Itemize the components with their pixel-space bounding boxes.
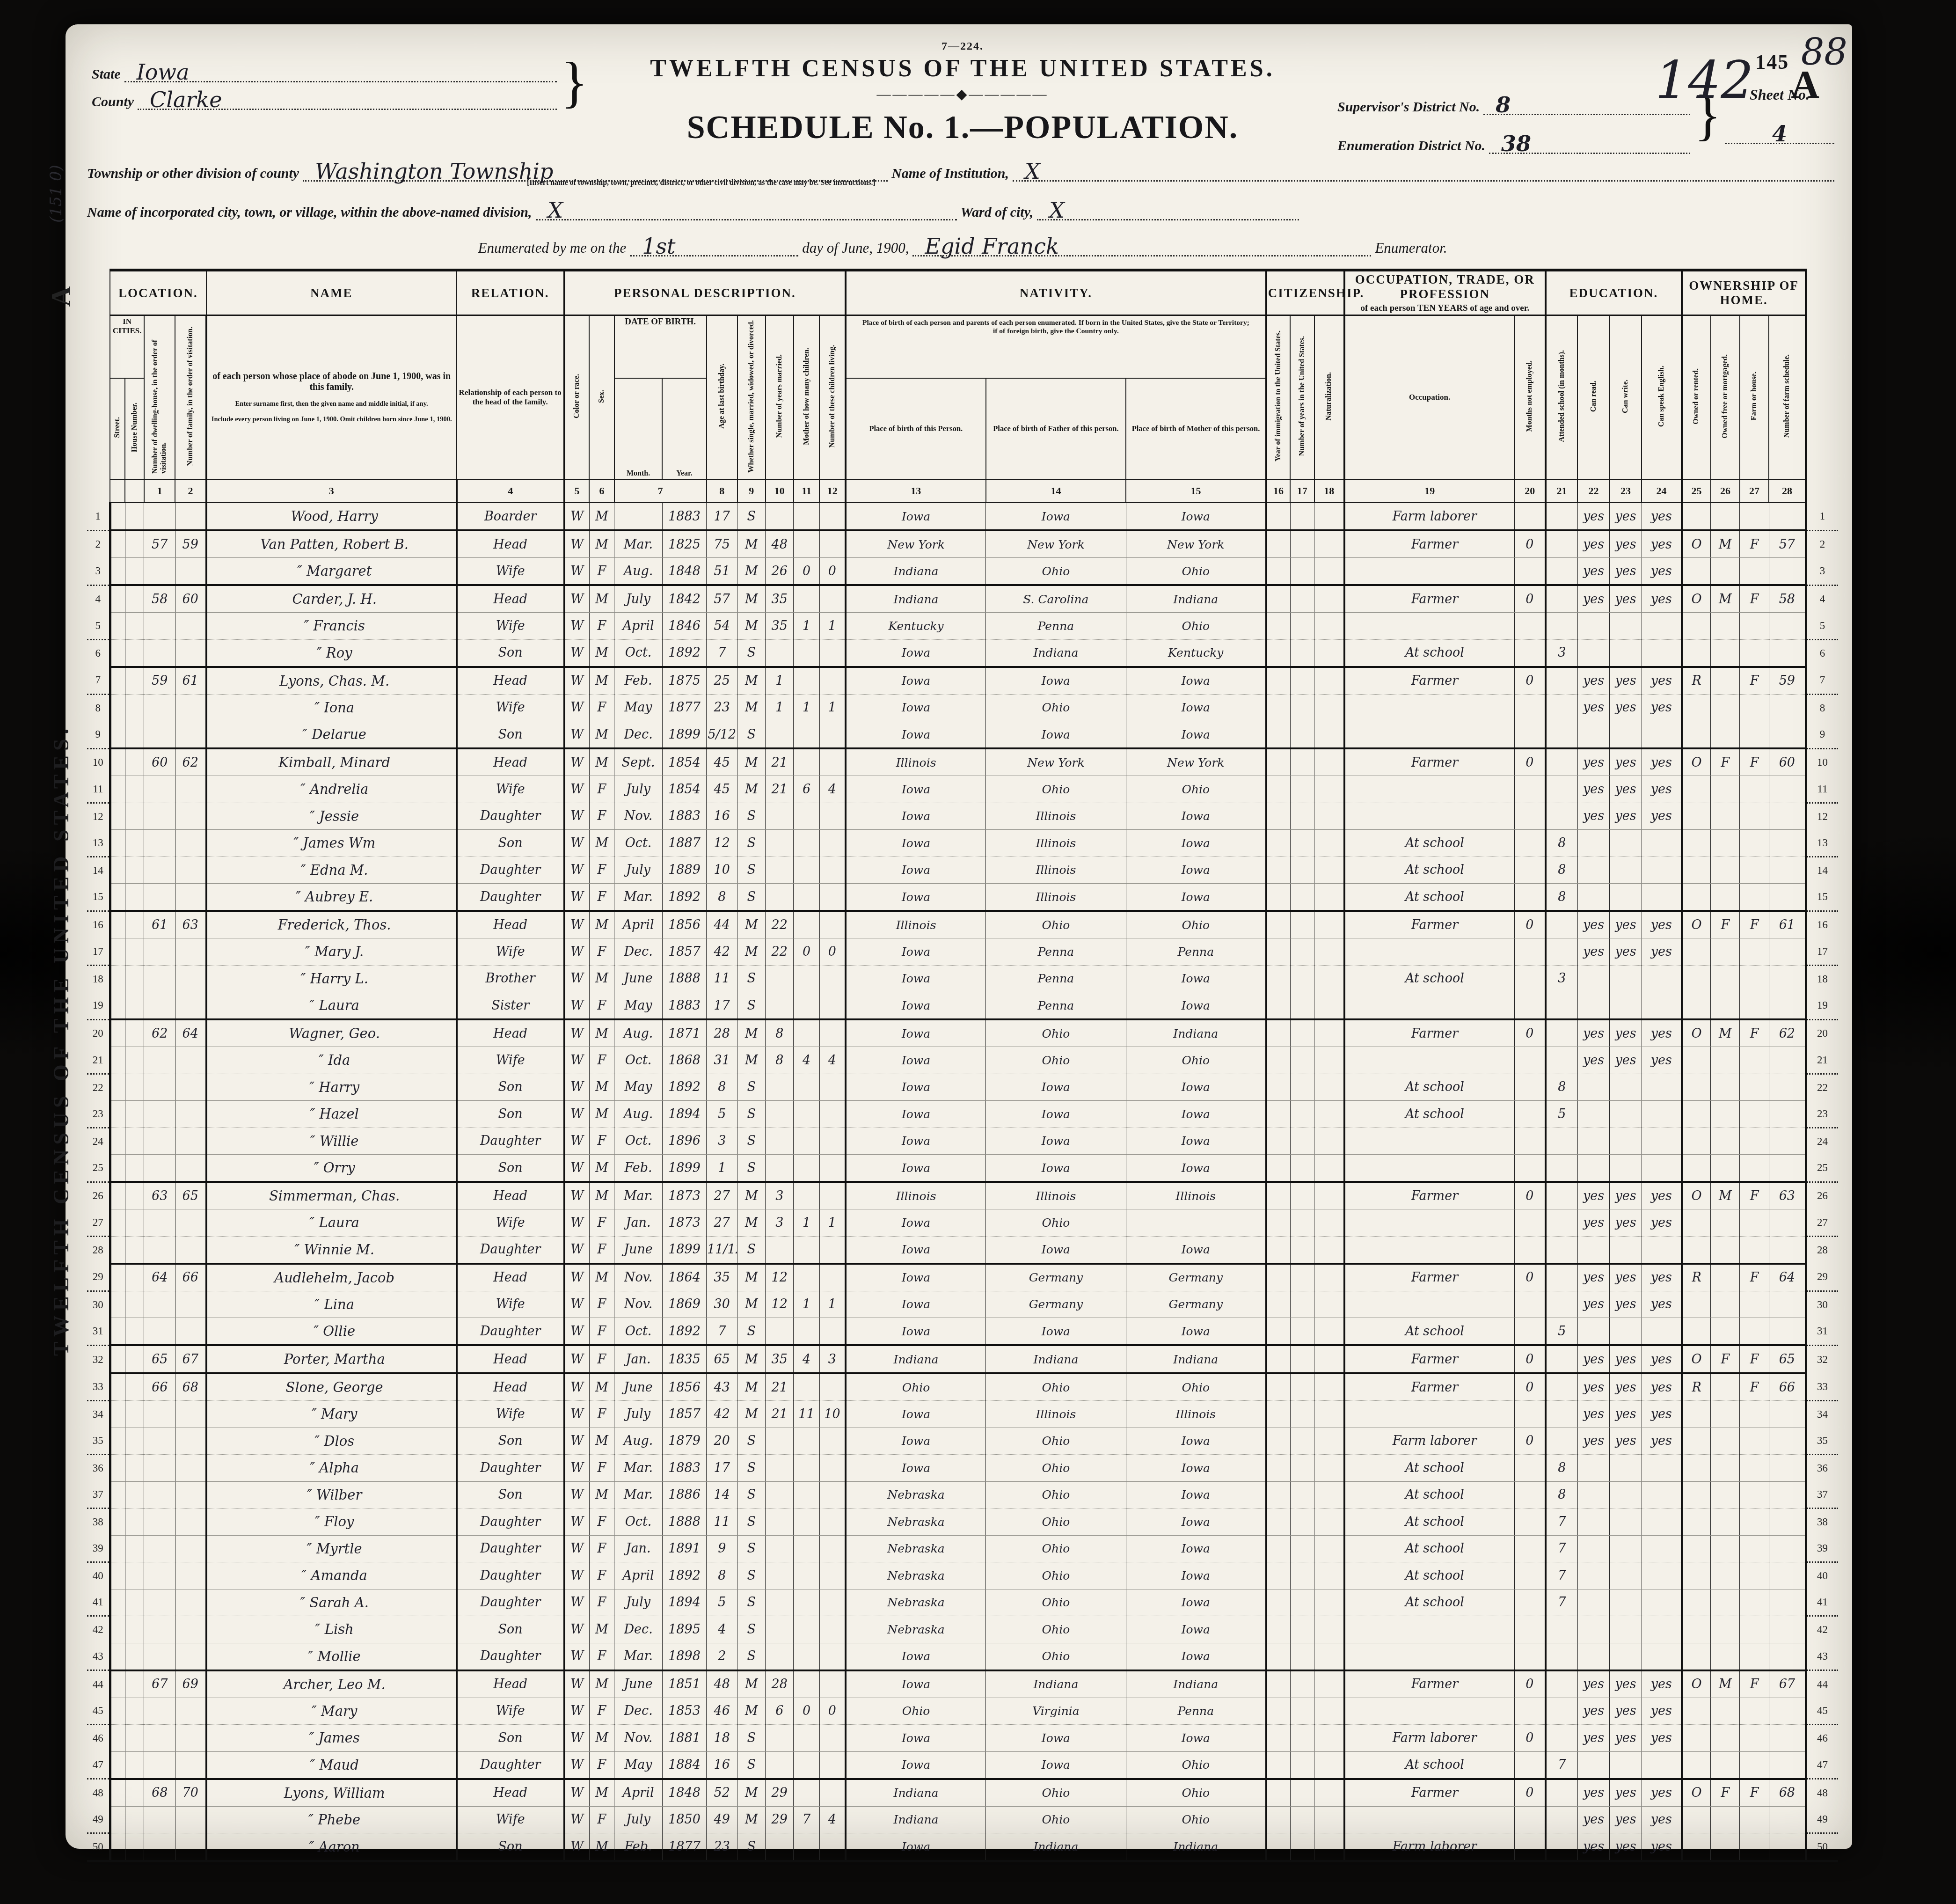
street-cell (110, 1019, 125, 1047)
mother-of-cell: 6 (794, 776, 820, 803)
immigration-year-cell (1266, 1209, 1290, 1237)
free-mortgaged-cell (1711, 776, 1740, 803)
years-married-cell (766, 1428, 794, 1455)
attended-school-cell (1546, 1616, 1577, 1643)
dwelling-number-cell (144, 1643, 175, 1670)
children-living-cell (819, 1589, 846, 1616)
age-cell: 31 (707, 1047, 737, 1074)
sex-cell: F (589, 884, 614, 911)
birthplace-cell: Iowa (846, 1047, 986, 1074)
birth-month-cell: Oct. (614, 1509, 663, 1536)
mother-birthplace-cell: Iowa (1126, 1455, 1266, 1482)
can-write-cell (1610, 1616, 1642, 1643)
naturalization-cell (1314, 748, 1344, 776)
naturalization-cell (1314, 613, 1344, 640)
free-mortgaged-cell (1711, 965, 1740, 992)
col-attended-school: Attended school (in months). (1546, 315, 1577, 480)
can-write-cell: yes (1610, 503, 1642, 530)
marital-cell: M (737, 776, 766, 803)
mother-of-cell (794, 830, 820, 857)
children-living-cell (819, 1019, 846, 1047)
farm-schedule-cell (1769, 776, 1806, 803)
father-birthplace-cell: Indiana (986, 1670, 1126, 1698)
children-living-cell: 1 (819, 1291, 846, 1318)
owned-rented-cell (1682, 1833, 1711, 1861)
occupation-cell (1344, 1401, 1515, 1428)
immigration-year-cell (1266, 911, 1290, 938)
birth-month-cell: July (614, 585, 663, 613)
relation-cell: Wife (457, 776, 564, 803)
street-cell (110, 1101, 125, 1128)
can-read-cell (1577, 1155, 1609, 1182)
years-married-cell (766, 1318, 794, 1346)
birth-year-cell: 1875 (662, 667, 706, 695)
street-cell (110, 776, 125, 803)
years-in-us-cell (1290, 884, 1314, 911)
can-read-cell: yes (1577, 1833, 1609, 1861)
sex-cell: F (589, 613, 614, 640)
family-number-cell (175, 992, 206, 1020)
relation-cell: Head (457, 1019, 564, 1047)
row-number-right: 40 (1806, 1562, 1838, 1589)
color-cell: W (564, 1155, 590, 1182)
mother-of-cell (794, 1833, 820, 1861)
immigration-year-cell (1266, 1535, 1290, 1562)
occupation-cell: At school (1344, 1101, 1515, 1128)
can-write-cell: yes (1610, 938, 1642, 966)
mother-birthplace-cell: Iowa (1126, 830, 1266, 857)
naturalization-cell (1314, 1318, 1344, 1346)
sex-cell: M (589, 1264, 614, 1291)
name-cell: ″ Aaron (206, 1833, 457, 1861)
street-cell (110, 1670, 125, 1698)
owned-rented-cell (1682, 639, 1711, 667)
row-number-right: 6 (1806, 639, 1838, 667)
farm-house-cell (1740, 776, 1769, 803)
mother-of-cell (794, 884, 820, 911)
marital-cell: S (737, 1616, 766, 1643)
dwelling-number-cell: 65 (144, 1345, 175, 1373)
free-mortgaged-cell (1711, 830, 1740, 857)
row-number-left: 8 (87, 694, 110, 721)
father-birthplace-cell: Ohio (986, 694, 1126, 721)
state-county-block: State Iowa County Clarke } (87, 55, 588, 110)
can-speak-english-cell: yes (1642, 1182, 1682, 1209)
children-living-cell (819, 1128, 846, 1155)
color-cell: W (564, 1643, 590, 1670)
street-cell (110, 965, 125, 992)
birth-year-cell: 1868 (662, 1047, 706, 1074)
supervisor-district-value: 8 (1483, 92, 1523, 117)
row-number-left: 45 (87, 1698, 110, 1725)
farm-schedule-cell (1769, 639, 1806, 667)
corner-handwritten-number: 88 (1801, 31, 1847, 73)
can-write-cell (1610, 1074, 1642, 1101)
mother-of-cell (794, 1074, 820, 1101)
name-cell: ″ Alpha (206, 1455, 457, 1482)
mother-birthplace-cell: Indiana (1126, 1019, 1266, 1047)
birthplace-cell: Iowa (846, 503, 986, 530)
children-living-cell (819, 857, 846, 884)
column-number-16: 16 (1266, 479, 1290, 503)
owned-rented-cell: O (1682, 1779, 1711, 1807)
can-speak-english-cell: yes (1642, 748, 1682, 776)
farm-schedule-cell (1769, 1616, 1806, 1643)
naturalization-cell (1314, 639, 1344, 667)
years-in-us-cell (1290, 1509, 1314, 1536)
row-number-left: 11 (87, 776, 110, 803)
can-write-cell: yes (1610, 1345, 1642, 1373)
naturalization-cell (1314, 1481, 1344, 1509)
months-not-employed-cell (1515, 1589, 1546, 1616)
years-married-cell (766, 992, 794, 1020)
column-number-blank (110, 479, 125, 503)
age-cell: 52 (707, 1779, 737, 1807)
years-in-us-cell (1290, 965, 1314, 992)
marital-cell: S (737, 1074, 766, 1101)
owned-rented-cell (1682, 613, 1711, 640)
dwelling-number-cell (144, 1589, 175, 1616)
color-cell: W (564, 911, 590, 938)
mother-of-cell (794, 1562, 820, 1589)
age-cell: 8 (707, 1074, 737, 1101)
can-speak-english-cell (1642, 1535, 1682, 1562)
family-number-cell (175, 938, 206, 966)
relation-cell: Wife (457, 613, 564, 640)
can-speak-english-cell: yes (1642, 1373, 1682, 1401)
mother-birthplace-cell: Ohio (1126, 1047, 1266, 1074)
farm-house-cell (1740, 1698, 1769, 1725)
years-in-us-cell (1290, 1428, 1314, 1455)
can-read-cell: yes (1577, 1345, 1609, 1373)
age-cell: 7 (707, 639, 737, 667)
color-cell: W (564, 1616, 590, 1643)
dwelling-number-cell (144, 1401, 175, 1428)
farm-schedule-cell (1769, 965, 1806, 992)
birthplace-cell: Indiana (846, 1345, 986, 1373)
row-number-right: 20 (1806, 1019, 1838, 1047)
row-number-right: 14 (1806, 857, 1838, 884)
color-cell: W (564, 1291, 590, 1318)
birth-month-cell: Sept. (614, 748, 663, 776)
years-married-cell (766, 1236, 794, 1264)
age-cell: 3 (707, 1128, 737, 1155)
birthplace-cell: Iowa (846, 1291, 986, 1318)
can-write-cell (1610, 830, 1642, 857)
farm-schedule-cell (1769, 1074, 1806, 1101)
name-cell: ″ Francis (206, 613, 457, 640)
birth-month-cell: Dec. (614, 721, 663, 749)
family-number-cell (175, 1833, 206, 1861)
house-number-cell (125, 613, 144, 640)
col-years-married: Number of years married. (766, 315, 794, 480)
attended-school-cell: 3 (1546, 639, 1577, 667)
person-row: 166163Frederick, Thos.HeadWMApril185644M… (87, 911, 1838, 938)
naturalization-cell (1314, 1047, 1344, 1074)
birthplace-cell: Illinois (846, 911, 986, 938)
row-number-left: 16 (87, 911, 110, 938)
birth-year-cell: 1825 (662, 530, 706, 558)
relation-cell: Wife (457, 1401, 564, 1428)
children-living-cell (819, 1562, 846, 1589)
farm-house-cell (1740, 992, 1769, 1020)
person-row: 14″ Edna M.DaughterWFJuly188910SIowaIlli… (87, 857, 1838, 884)
years-in-us-cell (1290, 1616, 1314, 1643)
years-in-us-cell (1290, 530, 1314, 558)
years-married-cell: 21 (766, 1401, 794, 1428)
owned-rented-cell (1682, 1616, 1711, 1643)
mother-of-cell (794, 1236, 820, 1264)
name-cell: ″ Lina (206, 1291, 457, 1318)
birth-year-cell: 1864 (662, 1264, 706, 1291)
house-number-cell (125, 1751, 144, 1779)
relation-cell: Head (457, 1779, 564, 1807)
birthplace-cell: New York (846, 530, 986, 558)
left-gutter-header (87, 270, 110, 503)
farm-schedule-cell (1769, 1101, 1806, 1128)
birth-month-cell: May (614, 1074, 663, 1101)
row-number-left: 2 (87, 530, 110, 558)
dwelling-number-cell (144, 1128, 175, 1155)
farm-house-cell (1740, 1751, 1769, 1779)
marital-cell: S (737, 1318, 766, 1346)
naturalization-cell (1314, 1019, 1344, 1047)
row-number-right: 34 (1806, 1401, 1838, 1428)
street-cell (110, 1209, 125, 1237)
can-write-cell: yes (1610, 1291, 1642, 1318)
can-write-cell: yes (1610, 1806, 1642, 1833)
birthplace-cell: Iowa (846, 1155, 986, 1182)
owned-rented-cell: O (1682, 585, 1711, 613)
months-not-employed-cell (1515, 1236, 1546, 1264)
occupation-cell: Farmer (1344, 1670, 1515, 1698)
can-read-cell (1577, 1318, 1609, 1346)
occupation-cell: Farm laborer (1344, 1428, 1515, 1455)
person-row: 1Wood, HarryBoarderWM188317SIowaIowaIowa… (87, 503, 1838, 530)
mother-birthplace-cell: Indiana (1126, 1670, 1266, 1698)
can-speak-english-cell: yes (1642, 585, 1682, 613)
color-cell: W (564, 1751, 590, 1779)
mother-of-cell (794, 1725, 820, 1752)
person-row: 486870Lyons, WilliamHeadWMApril184852M29… (87, 1779, 1838, 1807)
farm-schedule-cell (1769, 1725, 1806, 1752)
color-cell: W (564, 1019, 590, 1047)
immigration-year-cell (1266, 1779, 1290, 1807)
attended-school-cell: 3 (1546, 965, 1577, 992)
farm-schedule-cell (1769, 503, 1806, 530)
mother-birthplace-cell: Penna (1126, 938, 1266, 966)
family-number-cell (175, 1236, 206, 1264)
father-birthplace-cell: Ohio (986, 558, 1126, 586)
months-not-employed-cell (1515, 1074, 1546, 1101)
mother-of-cell: 0 (794, 1698, 820, 1725)
birth-year-cell: 1887 (662, 830, 706, 857)
column-number-15: 15 (1126, 479, 1266, 503)
attended-school-cell (1546, 1643, 1577, 1670)
sex-cell: M (589, 530, 614, 558)
occupation-cell (1344, 1209, 1515, 1237)
years-in-us-cell (1290, 558, 1314, 586)
name-cell: ″ Harry (206, 1074, 457, 1101)
father-birthplace-cell: Iowa (986, 1751, 1126, 1779)
birthplace-cell: Iowa (846, 1833, 986, 1861)
immigration-year-cell (1266, 1455, 1290, 1482)
column-number-9: 9 (737, 479, 766, 503)
street-cell (110, 1833, 125, 1861)
farm-house-cell (1740, 558, 1769, 586)
family-number-cell (175, 830, 206, 857)
months-not-employed-cell: 0 (1515, 1725, 1546, 1752)
birth-month-cell: Mar. (614, 1643, 663, 1670)
can-read-cell (1577, 1236, 1609, 1264)
street-cell (110, 1643, 125, 1670)
can-speak-english-cell: yes (1642, 803, 1682, 830)
can-speak-english-cell: yes (1642, 1779, 1682, 1807)
father-birthplace-cell: Ohio (986, 1643, 1126, 1670)
attended-school-cell (1546, 667, 1577, 695)
dwelling-number-cell (144, 613, 175, 640)
occupation-cell: Farm laborer (1344, 503, 1515, 530)
birthplace-cell: Iowa (846, 721, 986, 749)
children-living-cell (819, 1833, 846, 1861)
person-row: 45860Carder, J. H.HeadWMJuly184257M35Ind… (87, 585, 1838, 613)
row-number-left: 24 (87, 1128, 110, 1155)
name-cell: Kimball, Minard (206, 748, 457, 776)
can-speak-english-cell (1642, 884, 1682, 911)
house-number-cell (125, 694, 144, 721)
relation-cell: Daughter (457, 1128, 564, 1155)
row-number-left: 43 (87, 1643, 110, 1670)
father-birthplace-cell: Penna (986, 613, 1126, 640)
name-cell: Slone, George (206, 1373, 457, 1401)
row-number-right: 44 (1806, 1670, 1838, 1698)
house-number-cell (125, 1455, 144, 1482)
can-speak-english-cell (1642, 1751, 1682, 1779)
immigration-year-cell (1266, 1155, 1290, 1182)
family-number-cell (175, 776, 206, 803)
birthplace-cell: Nebraska (846, 1535, 986, 1562)
attended-school-cell (1546, 1833, 1577, 1861)
age-cell: 49 (707, 1806, 737, 1833)
relation-cell: Daughter (457, 884, 564, 911)
can-write-cell (1610, 1128, 1642, 1155)
mother-of-cell: 11 (794, 1401, 820, 1428)
mother-of-cell (794, 1128, 820, 1155)
street-cell (110, 1401, 125, 1428)
can-write-cell: yes (1610, 911, 1642, 938)
birth-year-cell: 1883 (662, 803, 706, 830)
state-value: Iowa (124, 59, 202, 85)
immigration-year-cell (1266, 639, 1290, 667)
years-married-cell (766, 1155, 794, 1182)
mother-birthplace-cell: Kentucky (1126, 639, 1266, 667)
mother-of-cell (794, 1455, 820, 1482)
months-not-employed-cell: 0 (1515, 1019, 1546, 1047)
person-row: 11″ AndreliaWifeWFJuly185445M2164IowaOhi… (87, 776, 1838, 803)
months-not-employed-cell: 0 (1515, 1182, 1546, 1209)
owned-rented-cell: O (1682, 1182, 1711, 1209)
father-birthplace-cell: Ohio (986, 1428, 1126, 1455)
dwelling-number-cell (144, 1698, 175, 1725)
birth-month-cell: Mar. (614, 1481, 663, 1509)
can-write-cell (1610, 884, 1642, 911)
birth-year-cell: 1898 (662, 1643, 706, 1670)
age-cell: 28 (707, 1019, 737, 1047)
years-in-us-cell (1290, 1751, 1314, 1779)
free-mortgaged-cell: F (1711, 1345, 1740, 1373)
owned-rented-cell (1682, 1725, 1711, 1752)
sex-cell: F (589, 776, 614, 803)
ward-label: Ward of city, (961, 205, 1034, 220)
mother-of-cell: 1 (794, 1291, 820, 1318)
father-birthplace-cell: Iowa (986, 1236, 1126, 1264)
relation-cell: Wife (457, 558, 564, 586)
marital-cell: S (737, 1428, 766, 1455)
family-number-cell (175, 1562, 206, 1589)
immigration-year-cell (1266, 1318, 1290, 1346)
row-number-left: 39 (87, 1535, 110, 1562)
years-married-cell: 29 (766, 1806, 794, 1833)
can-read-cell: yes (1577, 1779, 1609, 1807)
row-number-left: 22 (87, 1074, 110, 1101)
owned-rented-cell (1682, 1155, 1711, 1182)
marital-cell: S (737, 1562, 766, 1589)
group-occupation: OCCUPATION, TRADE, OR PROFESSION of each… (1344, 270, 1546, 315)
name-cell: ″ Mollie (206, 1643, 457, 1670)
dwelling-number-cell: 62 (144, 1019, 175, 1047)
family-number-cell (175, 1509, 206, 1536)
family-number-cell (175, 1209, 206, 1237)
row-number-right: 42 (1806, 1616, 1838, 1643)
birth-year-cell: 1896 (662, 1128, 706, 1155)
immigration-year-cell (1266, 1345, 1290, 1373)
mother-of-cell: 0 (794, 938, 820, 966)
can-read-cell: yes (1577, 1264, 1609, 1291)
birth-month-cell: Oct. (614, 639, 663, 667)
birth-month-cell: July (614, 1589, 663, 1616)
birthplace-cell: Iowa (846, 776, 986, 803)
birth-month-cell: Feb. (614, 1833, 663, 1861)
can-write-cell (1610, 613, 1642, 640)
row-number-right: 41 (1806, 1589, 1838, 1616)
years-in-us-cell (1290, 857, 1314, 884)
house-number-cell (125, 1291, 144, 1318)
enumeration-district-value: 38 (1489, 131, 1543, 156)
birthplace-cell: Iowa (846, 965, 986, 992)
owned-rented-cell (1682, 1589, 1711, 1616)
naturalization-cell (1314, 803, 1344, 830)
row-number-right: 18 (1806, 965, 1838, 992)
birthplace-cell: Iowa (846, 803, 986, 830)
house-number-cell (125, 1562, 144, 1589)
can-speak-english-cell: yes (1642, 1047, 1682, 1074)
naturalization-cell (1314, 1562, 1344, 1589)
attended-school-cell: 7 (1546, 1589, 1577, 1616)
col-can-speak-english: Can speak English. (1642, 315, 1682, 480)
years-married-cell: 3 (766, 1182, 794, 1209)
free-mortgaged-cell (1711, 1535, 1740, 1562)
person-row: 38″ FloyDaughterWFOct.188811SNebraskaOhi… (87, 1509, 1838, 1536)
color-cell: W (564, 938, 590, 966)
marital-cell: M (737, 1291, 766, 1318)
relation-cell: Son (457, 1616, 564, 1643)
col-free-mortgaged: Owned free or mortgaged. (1711, 315, 1740, 480)
naturalization-cell (1314, 830, 1344, 857)
years-married-cell (766, 1074, 794, 1101)
owned-rented-cell (1682, 1047, 1711, 1074)
age-cell: 5 (707, 1101, 737, 1128)
farm-house-cell (1740, 830, 1769, 857)
